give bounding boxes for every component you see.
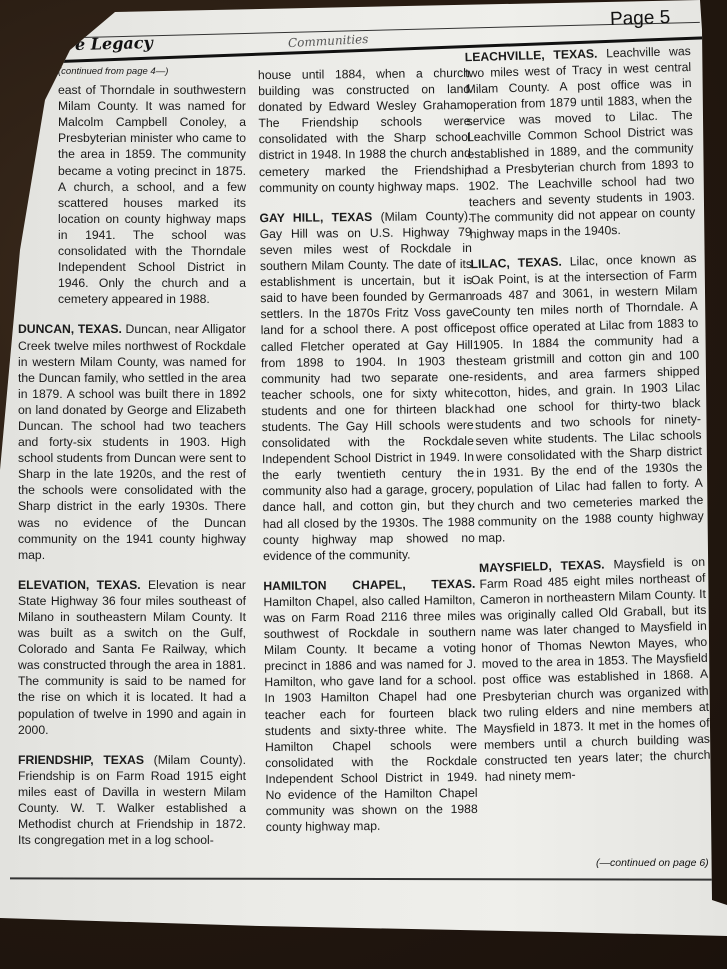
column-2: house until 1884, when a church building… <box>258 65 478 849</box>
entry-heading: MAYSFIELD, TEXAS. <box>479 557 605 575</box>
newsletter-title: e Legacy <box>75 33 153 54</box>
continued-from-note: (continued from page 4—) <box>58 64 246 80</box>
entry-lilac: LILAC, TEXAS. Lilac, once known as Oak P… <box>470 250 704 546</box>
entry-body: Duncan, near Alligator Creek twelve mile… <box>18 322 246 561</box>
entry-duncan: DUNCAN, TEXAS. Duncan, near Alligator Cr… <box>18 321 246 562</box>
entry-maysfield: MAYSFIELD, TEXAS. Maysfield is on Farm R… <box>479 554 711 786</box>
entry-body: (Milam County). Gay Hill was on U.S. Hig… <box>260 209 475 563</box>
entry-friendship: FRIENDSHIP, TEXAS (Milam County). Friend… <box>18 752 246 849</box>
article-continuation: east of Thorndale in southwestern Milam … <box>18 82 246 307</box>
entry-body: Hamilton Chapel, also called Hamilton, w… <box>263 593 477 835</box>
entry-body: Elevation is near State Highway 36 four … <box>18 578 246 737</box>
newsletter-page: Page 5 e Legacy Communities (continued f… <box>0 0 727 969</box>
handwritten-note: Communities <box>288 32 369 50</box>
column-3: LEACHVILLE, TEXAS. Leachville was two mi… <box>465 43 712 799</box>
entry-heading: LEACHVILLE, TEXAS. <box>465 47 598 65</box>
article-continuation: house until 1884, when a church building… <box>258 65 471 196</box>
entry-body: Leachville was two miles west of Tracy i… <box>465 44 695 241</box>
entry-heading: LILAC, TEXAS. <box>470 255 562 272</box>
entry-elevation: ELEVATION, TEXAS. Elevation is near Stat… <box>18 577 246 738</box>
entry-body: Maysfield is on Farm Road 485 eight mile… <box>479 555 710 784</box>
entry-heading: HAMILTON CHAPEL, TEXAS. <box>263 577 475 593</box>
entry-leachville: LEACHVILLE, TEXAS. Leachville was two mi… <box>465 43 696 242</box>
entry-gay-hill: GAY HILL, TEXAS (Milam County). Gay Hill… <box>259 208 475 564</box>
entry-hamilton-chapel: HAMILTON CHAPEL, TEXAS. Hamilton Chapel,… <box>263 576 478 836</box>
continued-on-note: (—continued on page 6) <box>596 857 709 869</box>
entry-heading: GAY HILL, TEXAS <box>259 210 372 225</box>
column-1: (continued from page 4—) east of Thornda… <box>18 64 246 862</box>
entry-heading: ELEVATION, TEXAS. <box>18 578 141 592</box>
entry-heading: FRIENDSHIP, TEXAS <box>18 753 144 767</box>
entry-heading: DUNCAN, TEXAS. <box>18 322 122 336</box>
entry-body: Lilac, once known as Oak Point, is at th… <box>471 251 704 545</box>
page-number: Page 5 <box>610 7 671 31</box>
footer-rule <box>10 877 715 880</box>
